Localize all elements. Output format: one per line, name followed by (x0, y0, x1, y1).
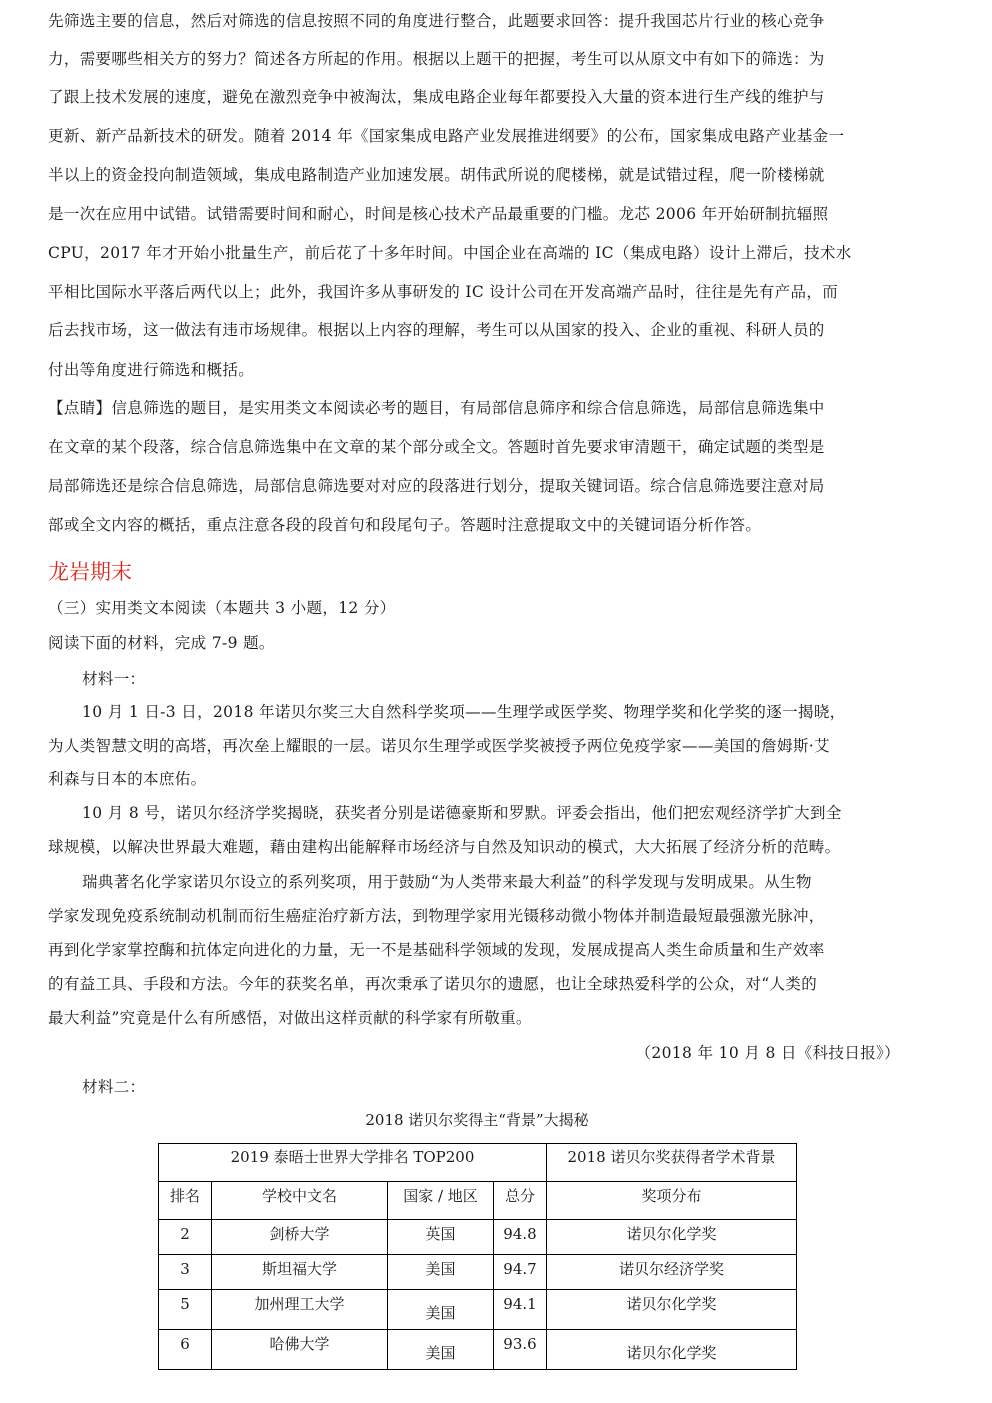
material1-line: 瑞典著名化学家诺贝尔设立的系列奖项，用于鼓励“为人类带来最大利益”的科学发现与发… (82, 872, 942, 892)
cell-rank: 5 (159, 1290, 212, 1330)
cell-award: 诺贝尔化学奖 (547, 1290, 797, 1330)
analysis-line: 了跟上技术发展的速度，避免在激烈竞争中被淘汰，集成电路企业每年都要投入大量的资本… (48, 87, 908, 107)
cell-country: 英国 (388, 1220, 494, 1255)
analysis-line: 付出等角度进行筛选和概括。 (48, 360, 908, 380)
material1-line: 再到化学家掌控酶和抗体定向进化的力量，无一不是基础科学领域的发现，发展成提高人类… (48, 940, 908, 960)
cell-award: 诺贝尔经济学奖 (547, 1255, 797, 1290)
material1-line: 10 月 8 号，诺贝尔经济学奖揭晓，获奖者分别是诺德豪斯和罗默。评委会指出，他… (82, 803, 942, 823)
cell-country: 美国 (388, 1330, 494, 1370)
cell-school: 斯坦福大学 (212, 1255, 388, 1290)
tip-line: 局部筛选还是综合信息筛选，局部信息筛选要对对应的段落进行划分，提取关键词语。综合… (48, 476, 908, 496)
table-row: 2 剑桥大学 英国 94.8 诺贝尔化学奖 (159, 1220, 797, 1255)
group-header-ranking: 2019 泰晤士世界大学排名 TOP200 (159, 1144, 547, 1182)
cell-rank: 2 (159, 1220, 212, 1255)
column-header-award: 奖项分布 (547, 1182, 797, 1220)
analysis-line: CPU，2017 年才开始小批量生产，前后花了十多年时间。中国企业在高端的 IC… (48, 243, 908, 263)
cell-country-text: 美国 (425, 1303, 455, 1323)
material1-line: 的有益工具、手段和方法。今年的获奖名单，再次秉承了诺贝尔的遗愿，也让全球热爱科学… (48, 974, 908, 994)
material2-label: 材料二： (82, 1077, 942, 1097)
tip-line: 【点睛】信息筛选的题目，是实用类文本阅读必考的题目，有局部信息筛序和综合信息筛选… (48, 398, 908, 418)
table-row: 5 加州理工大学 美国 94.1 诺贝尔化学奖 (159, 1290, 797, 1330)
cell-rank: 6 (159, 1330, 212, 1370)
cell-country: 美国 (388, 1255, 494, 1290)
material1-line: 为人类智慧文明的高塔，再次垒上耀眼的一层。诺贝尔生理学或医学奖被授予两位免疫学家… (48, 736, 908, 756)
cell-school: 加州理工大学 (212, 1290, 388, 1330)
table-row: 6 哈佛大学 美国 93.6 诺贝尔化学奖 (159, 1330, 797, 1370)
material1-label: 材料一： (82, 669, 942, 689)
tip-line: 在文章的某个段落，综合信息筛选集中在文章的某个部分或全文。答题时首先要求审清题干… (48, 437, 908, 457)
cell-school: 剑桥大学 (212, 1220, 388, 1255)
analysis-line: 更新、新产品新技术的研发。随着 2014 年《国家集成电路产业发展推进纲要》的公… (48, 126, 908, 146)
document-page: 先筛选主要的信息，然后对筛选的信息按照不同的角度进行整合，此题要求回答：提升我国… (0, 0, 992, 1403)
table-caption: 2018 诺贝尔奖得主“背景”大揭秘 (0, 1110, 954, 1130)
analysis-line: 力，需要哪些相关方的努力？简述各方所起的作用。根据以上题干的把握，考生可以从原文… (48, 49, 908, 69)
cell-award: 诺贝尔化学奖 (547, 1330, 797, 1370)
cell-country: 美国 (388, 1290, 494, 1330)
column-header-score: 总分 (494, 1182, 547, 1220)
cell-award: 诺贝尔化学奖 (547, 1220, 797, 1255)
analysis-line: 平相比国际水平落后两代以上；此外，我国许多从事研发的 IC 设计公司在开发高端产… (48, 282, 908, 302)
cell-award-text: 诺贝尔化学奖 (626, 1343, 716, 1363)
section-title: 龙岩期末 (48, 558, 132, 586)
material1-line: 学家发现免疫系统制动机制而衍生癌症治疗新方法，到物理学家用光镊移动微小物体并制造… (48, 906, 908, 926)
column-header-school: 学校中文名 (212, 1182, 388, 1220)
cell-score: 94.8 (494, 1220, 547, 1255)
column-header-country: 国家 / 地区 (388, 1182, 494, 1220)
section-subtitle: （三）实用类文本阅读（本题共 3 小题，12 分） (48, 598, 908, 618)
column-header-rank: 排名 (159, 1182, 212, 1220)
section-instruction: 阅读下面的材料，完成 7-9 题。 (48, 633, 908, 653)
table-group-header-row: 2019 泰晤士世界大学排名 TOP200 2018 诺贝尔奖获得者学术背景 (159, 1144, 797, 1182)
nobel-background-table: 2019 泰晤士世界大学排名 TOP200 2018 诺贝尔奖获得者学术背景 排… (158, 1143, 797, 1370)
cell-country-text: 美国 (425, 1343, 455, 1363)
table-column-header-row: 排名 学校中文名 国家 / 地区 总分 奖项分布 (159, 1182, 797, 1220)
table-row: 3 斯坦福大学 美国 94.7 诺贝尔经济学奖 (159, 1255, 797, 1290)
cell-score: 93.6 (494, 1330, 547, 1370)
material1-line: 球规模，以解决世界最大难题，藉由建构出能解释市场经济与自然及知识动的模式，大大拓… (48, 837, 908, 857)
cell-score: 94.1 (494, 1290, 547, 1330)
cell-rank: 3 (159, 1255, 212, 1290)
group-header-nobel: 2018 诺贝尔奖获得者学术背景 (547, 1144, 797, 1182)
tip-line: 部或全文内容的概括，重点注意各段的段首句和段尾句子。答题时注意提取文中的关键词语… (48, 515, 908, 535)
material1-line: 最大利益”究竟是什么有所感悟，对做出这样贡献的科学家有所敬重。 (48, 1008, 908, 1028)
analysis-line: 是一次在应用中试错。试错需要时间和耐心，时间是核心技术产品最重要的门槛。龙芯 2… (48, 204, 908, 224)
analysis-line: 半以上的资金投向制造领域，集成电路制造产业加速发展。胡伟武所说的爬楼梯，就是试错… (48, 165, 908, 185)
analysis-line: 先筛选主要的信息，然后对筛选的信息按照不同的角度进行整合，此题要求回答：提升我国… (48, 11, 908, 31)
cell-score: 94.7 (494, 1255, 547, 1290)
cell-school: 哈佛大学 (212, 1330, 388, 1370)
analysis-line: 后去找市场，这一做法有违市场规律。根据以上内容的理解，考生可以从国家的投入、企业… (48, 320, 908, 340)
material1-line: 10 月 1 日-3 日，2018 年诺贝尔奖三大自然科学奖项——生理学或医学奖… (82, 702, 942, 722)
material1-line: 利森与日本的本庶佑。 (48, 769, 908, 789)
material1-source: （2018 年 10 月 8 日《科技日报》） (636, 1043, 900, 1063)
